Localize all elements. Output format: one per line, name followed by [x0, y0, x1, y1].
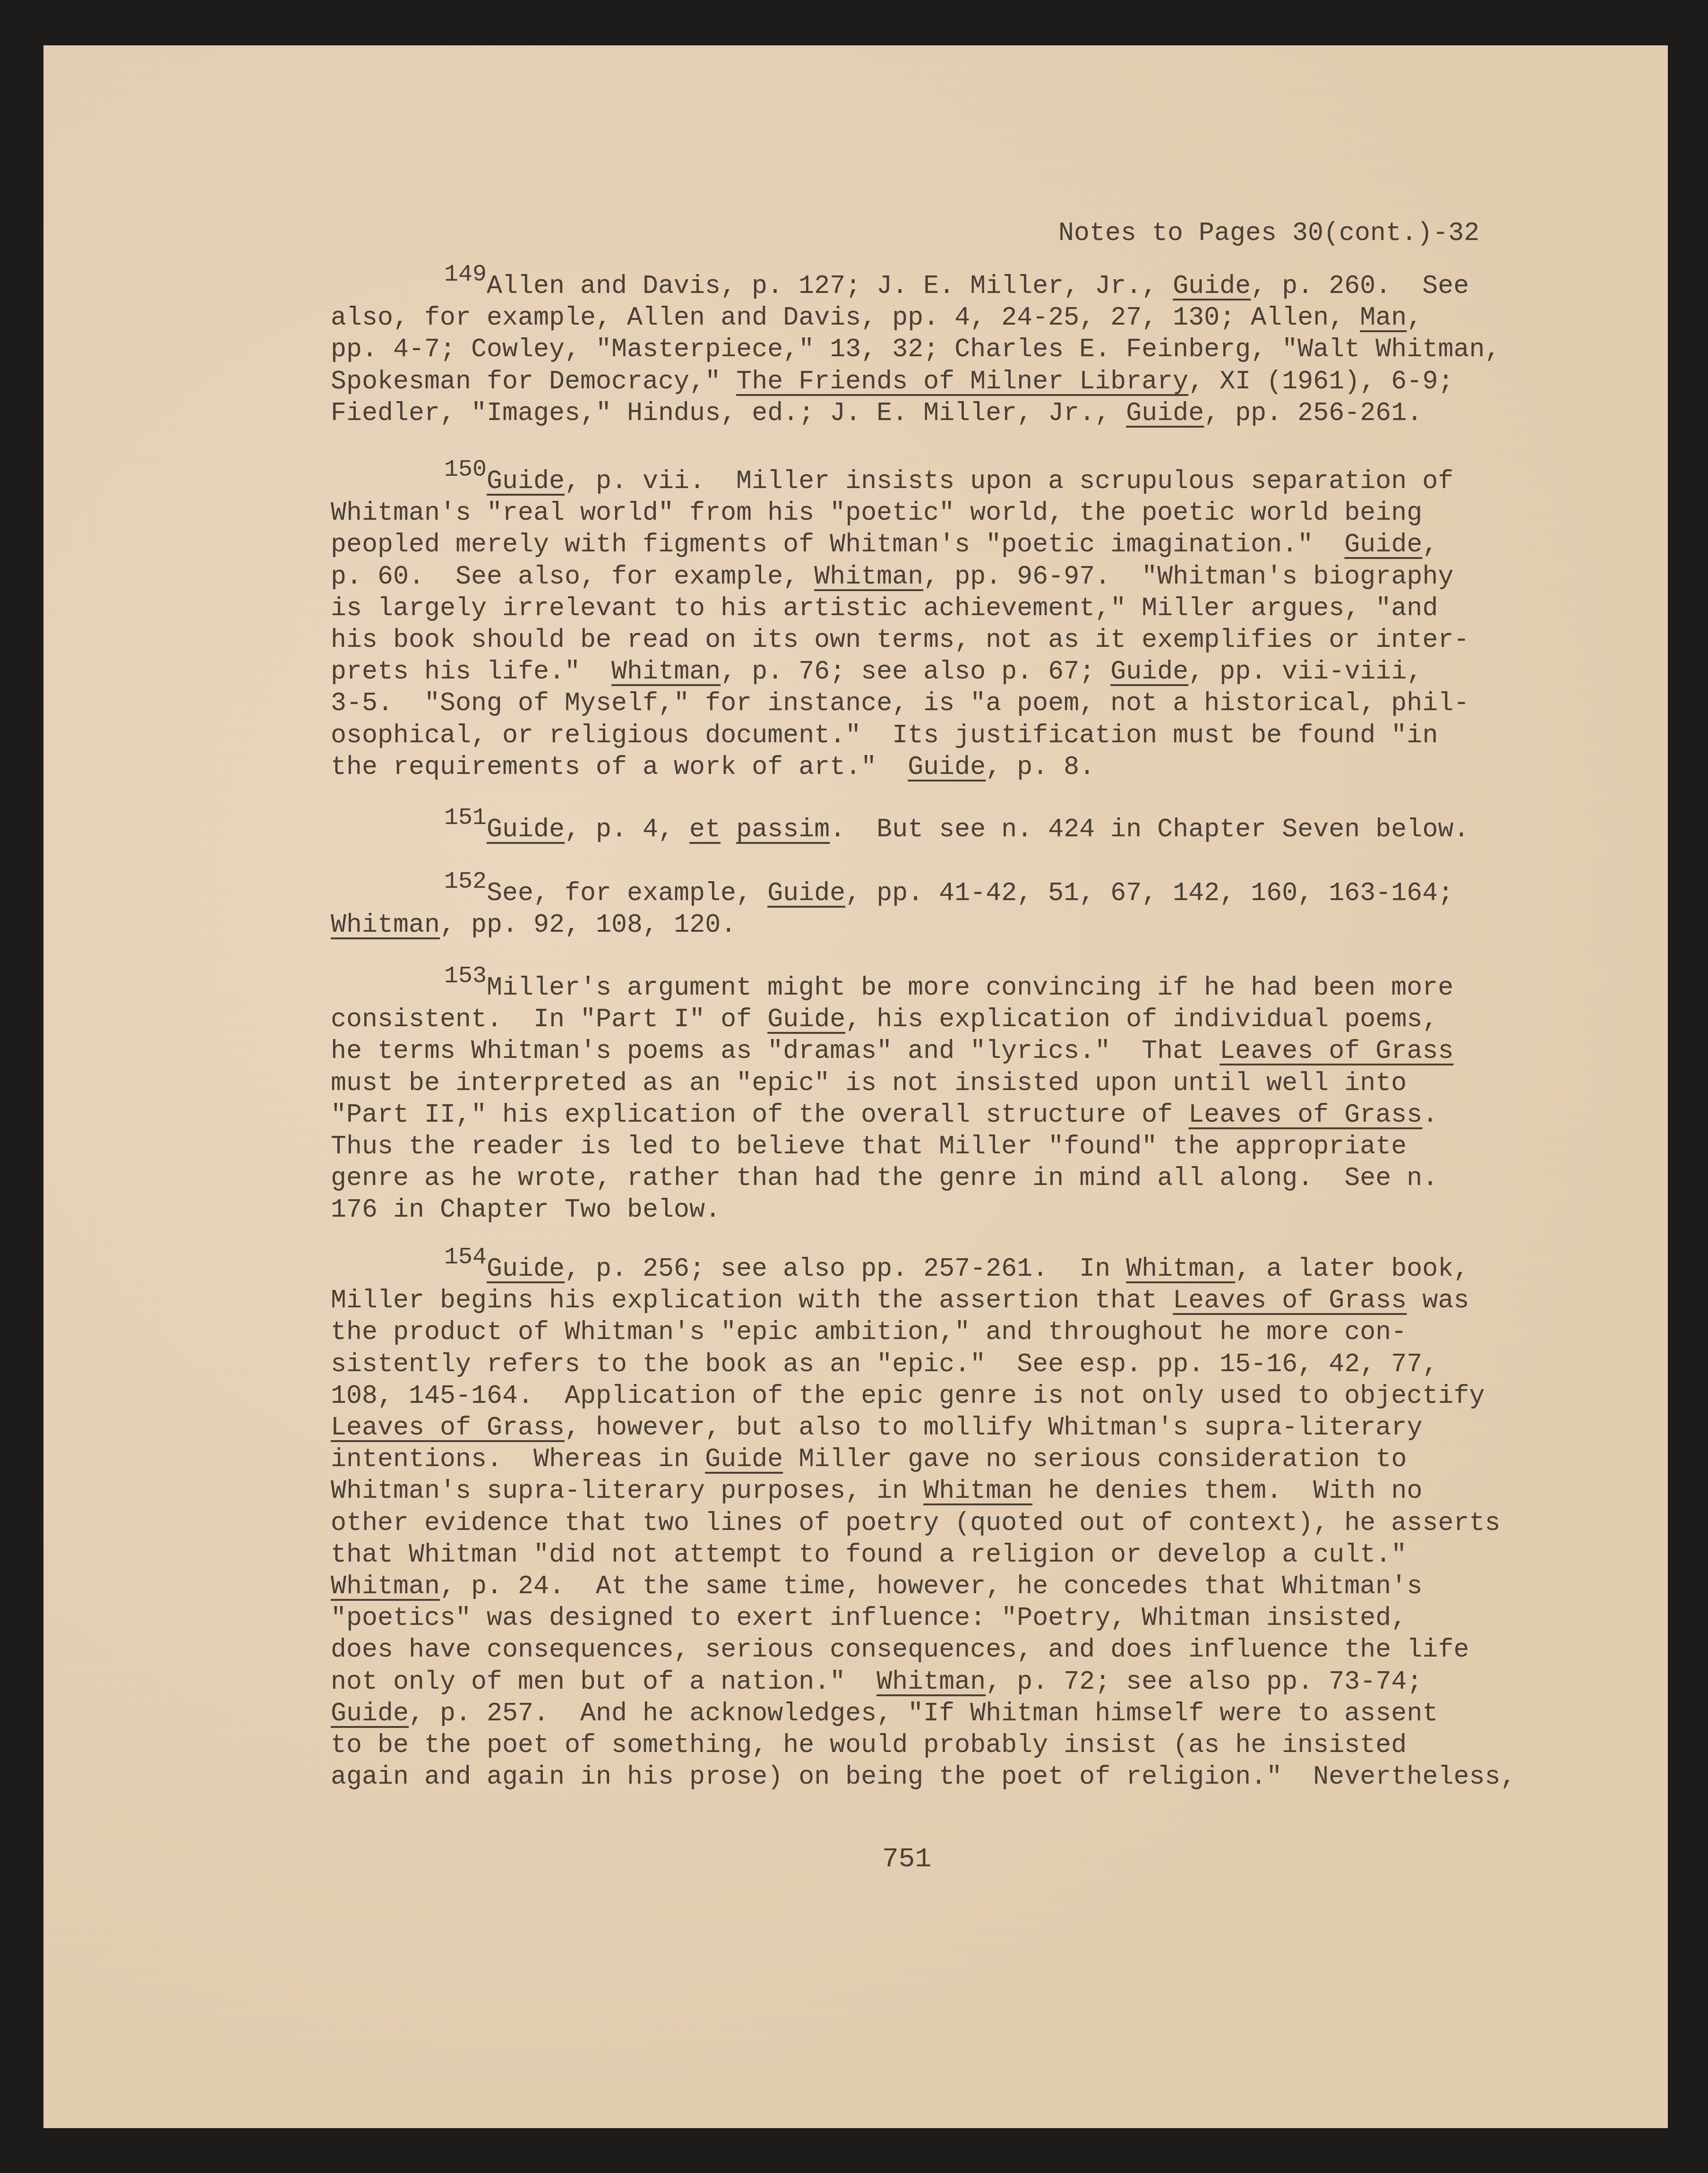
- underlined-title: Guide: [705, 1444, 783, 1474]
- underlined-title: Guide: [487, 466, 565, 496]
- text-segment: , p. 257. And he acknowledges, "If Whitm…: [409, 1699, 1438, 1728]
- text-segment: peopled merely with figments of Whitman'…: [331, 530, 1344, 559]
- underlined-title: Man: [1360, 303, 1407, 333]
- text-segment: , XI (1961), 6-9;: [1188, 367, 1453, 396]
- footnote-151-line: 151Guide, p. 4, et passim. But see n. 42…: [444, 816, 1469, 845]
- text-segment: , p. 76; see also p. 67;: [721, 657, 1110, 687]
- footnote-number: 150: [444, 456, 487, 483]
- footnote-153-line: genre as he wrote, rather than had the g…: [331, 1164, 1438, 1193]
- text-segment: , pp. 92, 108, 120.: [440, 910, 736, 940]
- footnote-149-line: also, for example, Allen and Davis, pp. …: [331, 304, 1422, 332]
- text-segment: [721, 815, 736, 844]
- text-segment: , a later book,: [1235, 1254, 1469, 1284]
- text-segment: , pp. 256-261.: [1204, 398, 1422, 428]
- footnote-153-line: 153Miller's argument might be more convi…: [444, 974, 1453, 1003]
- footnote-150-line: p. 60. See also, for example, Whitman, p…: [331, 563, 1453, 591]
- text-segment: Miller's argument might be more convinci…: [487, 973, 1453, 1003]
- underlined-title: Whitman: [923, 1476, 1032, 1506]
- text-segment: , p. 4,: [565, 815, 689, 844]
- underlined-title: The Friends of Milner Library: [736, 367, 1188, 396]
- text-segment: pp. 4-7; Cowley, "Masterpiece," 13, 32; …: [331, 335, 1500, 364]
- underlined-title: Guide: [767, 1005, 845, 1034]
- text-segment: , pp. 96-97. "Whitman's biography: [923, 562, 1453, 592]
- footnote-152-line: Whitman, pp. 92, 108, 120.: [331, 911, 736, 939]
- text-segment: Whitman's supra-literary purposes, in: [331, 1476, 923, 1506]
- underlined-title: Guide: [487, 815, 565, 844]
- underlined-title: Leaves of Grass: [1173, 1286, 1407, 1315]
- footnote-150-line: is largely irrelevant to his artistic ac…: [331, 594, 1438, 623]
- text-segment: his book should be read on its own terms…: [331, 625, 1469, 655]
- underlined-title: Whitman: [331, 1572, 440, 1601]
- text-segment: , pp. 41-42, 51, 67, 142, 160, 163-164;: [845, 878, 1453, 908]
- text-segment: 176 in Chapter Two below.: [331, 1195, 721, 1225]
- text-segment: sistently refers to the book as an "epic…: [331, 1349, 1438, 1379]
- text-segment: "Part II," his explication of the overal…: [331, 1100, 1188, 1130]
- footnote-153-line: "Part II," his explication of the overal…: [331, 1101, 1438, 1129]
- underlined-title: passim: [736, 815, 830, 844]
- footnote-150-line: osophical, or religious document." Its j…: [331, 721, 1438, 750]
- footnote-154-line: Guide, p. 257. And he acknowledges, "If …: [331, 1700, 1438, 1728]
- text-segment: must be interpreted as an "epic" is not …: [331, 1068, 1407, 1098]
- text-segment: Spokesman for Democracy,": [331, 367, 736, 396]
- underlined-title: Guide: [1110, 657, 1188, 687]
- footnote-150-line: the requirements of a work of art." Guid…: [331, 753, 1095, 782]
- text-segment: the requirements of a work of art.": [331, 752, 908, 782]
- text-segment: does have consequences, serious conseque…: [331, 1635, 1469, 1665]
- footnote-150-line: Whitman's "real world" from his "poetic"…: [331, 499, 1422, 527]
- footnote-149-line: Fiedler, "Images," Hindus, ed.; J. E. Mi…: [331, 399, 1422, 428]
- text-segment: osophical, or religious document." Its j…: [331, 721, 1438, 750]
- text-segment: Miller begins his explication with the a…: [331, 1286, 1173, 1315]
- footnote-150-line: peopled merely with figments of Whitman'…: [331, 531, 1438, 559]
- footnote-154-line: that Whitman "did not attempt to found a…: [331, 1541, 1407, 1569]
- text-segment: other evidence that two lines of poetry …: [331, 1508, 1500, 1538]
- footnote-153-line: Thus the reader is led to believe that M…: [331, 1133, 1407, 1161]
- underlined-title: Guide: [767, 878, 845, 908]
- footnote-number: 149: [444, 261, 487, 288]
- text-segment: , p. 260. See: [1251, 271, 1469, 301]
- text-segment: , p. 24. At the same time, however, he c…: [440, 1572, 1422, 1601]
- underlined-title: Guide: [1344, 530, 1422, 559]
- underlined-title: Whitman: [1126, 1254, 1235, 1284]
- text-segment: See, for example,: [487, 878, 767, 908]
- text-segment: , pp. vii-viii,: [1188, 657, 1422, 687]
- footnote-number: 151: [444, 805, 487, 832]
- underlined-title: Whitman: [814, 562, 923, 592]
- footnote-number: 153: [444, 963, 487, 990]
- footnote-150-line: prets his life." Whitman, p. 76; see als…: [331, 658, 1422, 686]
- text-segment: intentions. Whereas in: [331, 1444, 705, 1474]
- footnote-149-line: 149Allen and Davis, p. 127; J. E. Miller…: [444, 272, 1469, 301]
- text-segment: , his explication of individual poems,: [845, 1005, 1438, 1034]
- text-segment: also, for example, Allen and Davis, pp. …: [331, 303, 1360, 333]
- underlined-title: Guide: [908, 752, 986, 782]
- footnote-154-line: not only of men but of a nation." Whitma…: [331, 1668, 1422, 1696]
- text-segment: .: [1422, 1100, 1438, 1130]
- footnote-154-line: does have consequences, serious conseque…: [331, 1636, 1469, 1664]
- footnote-149-line: Spokesman for Democracy," The Friends of…: [331, 368, 1453, 396]
- text-segment: , however, but also to mollify Whitman's…: [565, 1413, 1422, 1443]
- text-segment: , p. 8.: [986, 752, 1095, 782]
- underlined-title: Guide: [487, 1254, 565, 1284]
- text-segment: 3-5. "Song of Myself," for instance, is …: [331, 688, 1469, 718]
- underlined-title: Leaves of Grass: [1219, 1036, 1453, 1066]
- text-segment: is largely irrelevant to his artistic ac…: [331, 593, 1438, 623]
- underlined-title: Leaves of Grass: [1188, 1100, 1422, 1130]
- text-segment: the product of Whitman's "epic ambition,…: [331, 1317, 1407, 1347]
- underlined-title: Whitman: [611, 657, 721, 687]
- text-segment: p. 60. See also, for example,: [331, 562, 814, 592]
- footnote-154-line: Miller begins his explication with the a…: [331, 1287, 1469, 1315]
- text-segment: Thus the reader is led to believe that M…: [331, 1132, 1407, 1161]
- footnote-154-line: 154Guide, p. 256; see also pp. 257-261. …: [444, 1255, 1469, 1284]
- footnote-153-line: consistent. In "Part I" of Guide, his ex…: [331, 1005, 1438, 1034]
- underlined-title: Whitman: [876, 1667, 986, 1697]
- footnote-153-line: he terms Whitman's poems as "dramas" and…: [331, 1037, 1453, 1065]
- text-segment: Miller gave no serious consideration to: [783, 1444, 1407, 1474]
- text-segment: Fiedler, "Images," Hindus, ed.; J. E. Mi…: [331, 398, 1126, 428]
- text-segment: he terms Whitman's poems as "dramas" and…: [331, 1036, 1219, 1066]
- text-segment: Whitman's "real world" from his "poetic"…: [331, 498, 1422, 528]
- footnote-150-line: his book should be read on its own terms…: [331, 626, 1469, 654]
- text-segment: again and again in his prose) on being t…: [331, 1762, 1516, 1792]
- footnote-154-line: other evidence that two lines of poetry …: [331, 1509, 1500, 1537]
- text-segment: consistent. In "Part I" of: [331, 1005, 767, 1034]
- underlined-title: Whitman: [331, 910, 440, 940]
- text-segment: genre as he wrote, rather than had the g…: [331, 1163, 1438, 1193]
- text-segment: , p. 256; see also pp. 257-261. In: [565, 1254, 1126, 1284]
- text-segment: ,: [1422, 530, 1438, 559]
- text-segment: , p. 72; see also pp. 73-74;: [986, 1667, 1422, 1697]
- footnote-154-line: Leaves of Grass, however, but also to mo…: [331, 1414, 1422, 1442]
- footnote-154-line: Whitman, p. 24. At the same time, howeve…: [331, 1572, 1422, 1601]
- footnote-154-line: again and again in his prose) on being t…: [331, 1763, 1516, 1791]
- footnote-150-line: 3-5. "Song of Myself," for instance, is …: [331, 689, 1469, 718]
- text-segment: ,: [1407, 303, 1422, 333]
- footnote-154-line: sistently refers to the book as an "epic…: [331, 1350, 1438, 1379]
- text-segment: . But see n. 424 in Chapter Seven below.: [830, 815, 1469, 844]
- text-segment: 108, 145-164. Application of the epic ge…: [331, 1381, 1485, 1411]
- text-segment: not only of men but of a nation.": [331, 1667, 876, 1697]
- text-segment: , p. vii. Miller insists upon a scrupulo…: [565, 466, 1453, 496]
- underlined-title: Guide: [1126, 398, 1204, 428]
- text-segment: "poetics" was designed to exert influenc…: [331, 1603, 1407, 1633]
- text-segment: he denies them. With no: [1032, 1476, 1422, 1506]
- footnote-150-line: 150Guide, p. vii. Miller insists upon a …: [444, 467, 1453, 497]
- text-segment: prets his life.": [331, 657, 611, 687]
- footnote-number: 154: [444, 1244, 487, 1271]
- underlined-title: et: [689, 815, 721, 844]
- footnote-number: 152: [444, 868, 487, 895]
- page-header: Notes to Pages 30(cont.)-32: [1058, 219, 1479, 248]
- footnote-152-line: 152See, for example, Guide, pp. 41-42, 5…: [444, 879, 1453, 909]
- footnote-154-line: "poetics" was designed to exert influenc…: [331, 1604, 1407, 1632]
- footnote-153-line: must be interpreted as an "epic" is not …: [331, 1069, 1407, 1098]
- footnote-154-line: Whitman's supra-literary purposes, in Wh…: [331, 1477, 1422, 1505]
- page-number: 751: [882, 1846, 931, 1874]
- underlined-title: Guide: [1173, 271, 1251, 301]
- text-segment: Allen and Davis, p. 127; J. E. Miller, J…: [487, 271, 1173, 301]
- underlined-title: Leaves of Grass: [331, 1413, 565, 1443]
- footnote-149-line: pp. 4-7; Cowley, "Masterpiece," 13, 32; …: [331, 335, 1500, 364]
- text-segment: was: [1407, 1286, 1469, 1315]
- text-segment: that Whitman "did not attempt to found a…: [331, 1540, 1407, 1570]
- footnote-154-line: to be the poet of something, he would pr…: [331, 1731, 1407, 1760]
- footnote-154-line: 108, 145-164. Application of the epic ge…: [331, 1382, 1485, 1410]
- footnote-154-line: the product of Whitman's "epic ambition,…: [331, 1318, 1407, 1347]
- footnote-154-line: intentions. Whereas in Guide Miller gave…: [331, 1445, 1407, 1474]
- underlined-title: Guide: [331, 1699, 409, 1728]
- text-segment: to be the poet of something, he would pr…: [331, 1730, 1407, 1760]
- document-page: Notes to Pages 30(cont.)-32 149Allen and…: [43, 45, 1668, 2128]
- footnote-153-line: 176 in Chapter Two below.: [331, 1196, 721, 1224]
